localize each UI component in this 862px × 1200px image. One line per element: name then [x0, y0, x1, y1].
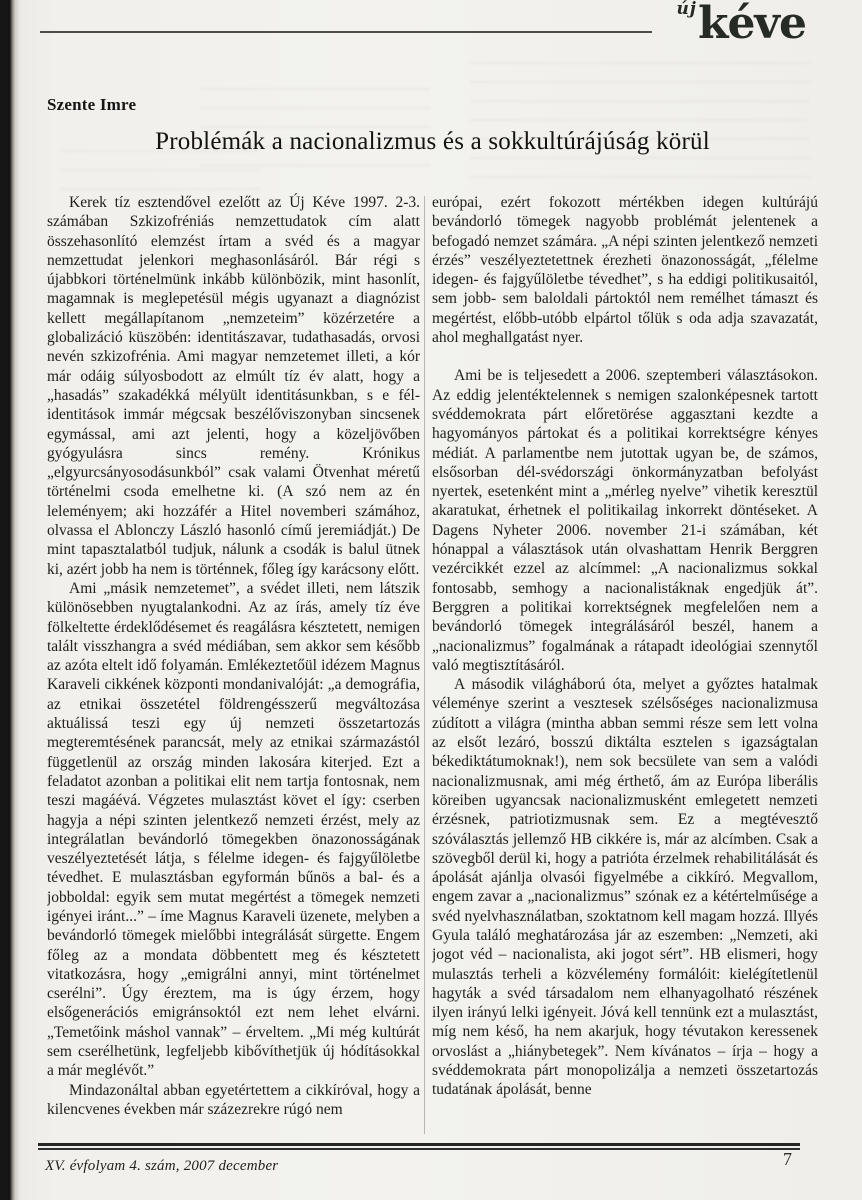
footer-rule	[38, 1143, 800, 1150]
scan-edge	[0, 0, 20, 1200]
page-number: 7	[783, 1149, 792, 1170]
paragraph: A második világháború óta, melyet a győz…	[432, 675, 818, 1100]
logo-prefix-text: új	[676, 0, 697, 19]
header-rule	[40, 31, 652, 33]
bleed-through-ghost	[60, 150, 260, 190]
paragraph: Mindazonáltal abban egyetértettem a cikk…	[47, 1081, 420, 1120]
left-column: Kerek tíz esztendővel ezelőtt az Új Kéve…	[47, 193, 420, 1143]
article-title: Problémák a nacionalizmus és a sokkultúr…	[47, 128, 818, 156]
author-byline: Szente Imre	[47, 95, 136, 115]
paragraph: Ami „másik nemzetemet”, a svédet illeti,…	[47, 579, 420, 1081]
paragraph: európai, ezért fokozott mértékben idegen…	[432, 193, 818, 347]
magazine-logo: újkéve	[676, 1, 806, 46]
bleed-through-ghost	[470, 62, 810, 182]
paragraph: Kerek tíz esztendővel ezelőtt az Új Kéve…	[47, 193, 420, 579]
right-column: európai, ezért fokozott mértékben idegen…	[432, 193, 818, 1143]
issue-info: XV. évfolyam 4. szám, 2007 december	[45, 1158, 278, 1175]
magazine-page: újkéve Szente Imre Problémák a nacionali…	[0, 0, 862, 1200]
column-divider	[424, 196, 425, 1134]
logo-main-text: kéve	[698, 0, 806, 49]
paragraph: Ami be is teljesedett a 2006. szeptember…	[432, 366, 818, 675]
